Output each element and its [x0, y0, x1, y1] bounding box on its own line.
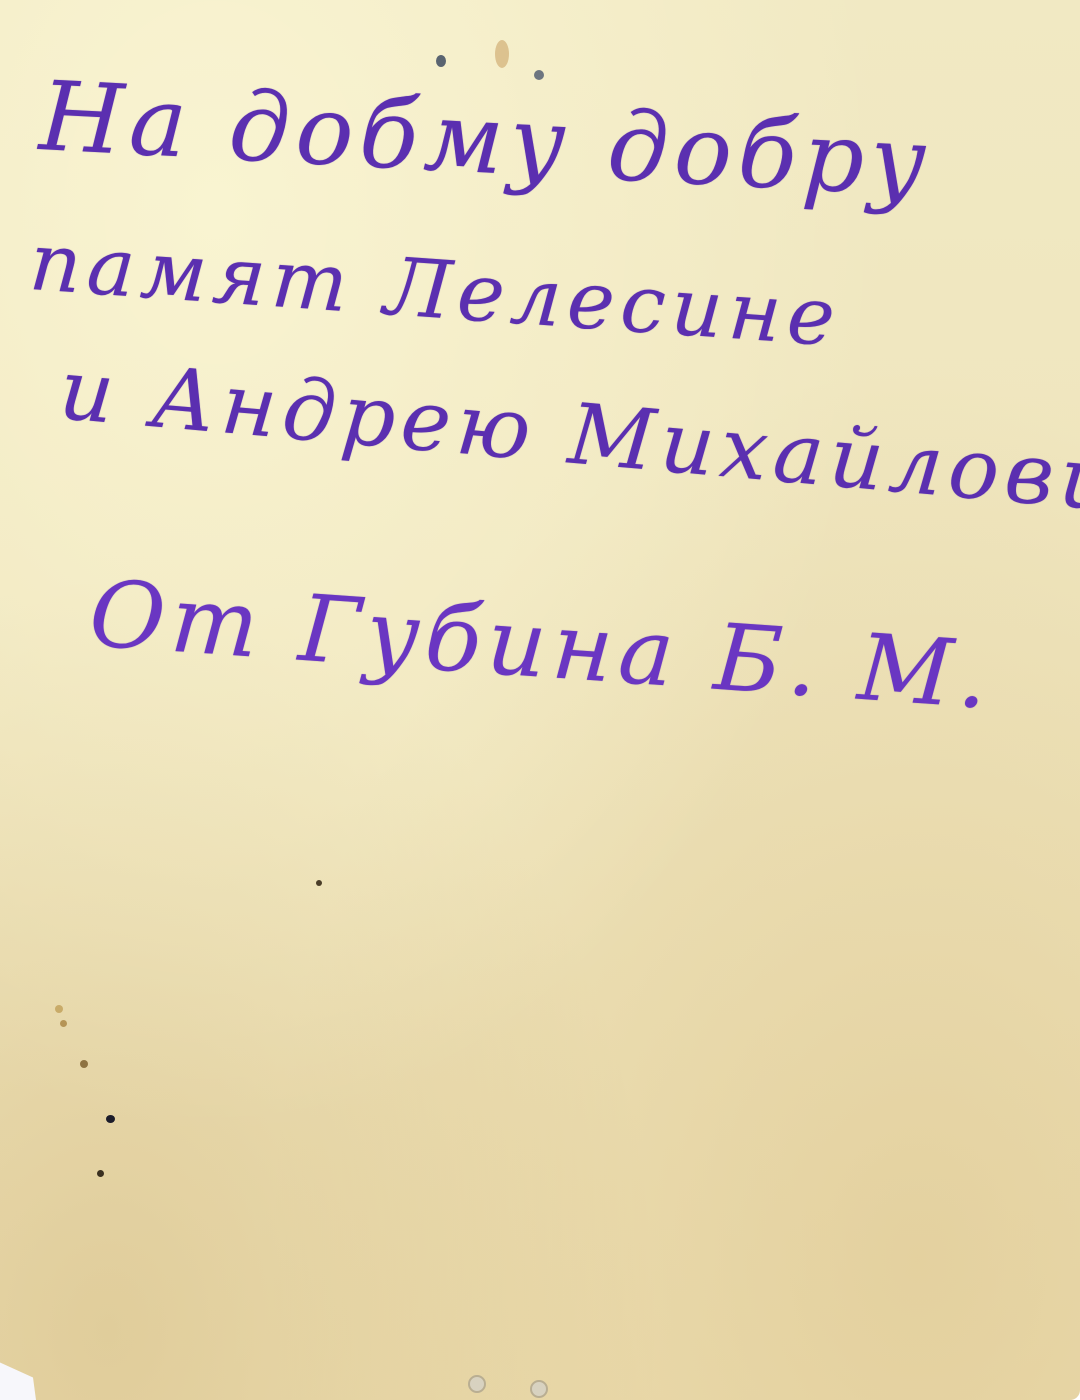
paper-damage — [530, 1380, 548, 1398]
stain — [106, 1115, 115, 1123]
stain — [80, 1060, 88, 1068]
stain — [55, 1005, 63, 1013]
pin-hole — [436, 55, 446, 67]
stain — [97, 1170, 104, 1177]
stain — [60, 1020, 67, 1027]
inscription-line-2: памят Лелесине — [27, 215, 844, 364]
paper-damage — [468, 1375, 486, 1393]
inscription-signature: От Губина Б. М. — [86, 560, 997, 730]
stain — [316, 880, 322, 886]
stain — [495, 40, 509, 68]
inscription-line-1: На добму добру — [37, 60, 935, 219]
photo-card-back: На добму добру памят Лелесине и Андрею М… — [0, 0, 1080, 1400]
torn-corner — [0, 1350, 60, 1400]
inscription-line-3: и Андрею Михайловичу — [56, 340, 1080, 540]
pin-hole — [534, 70, 544, 80]
